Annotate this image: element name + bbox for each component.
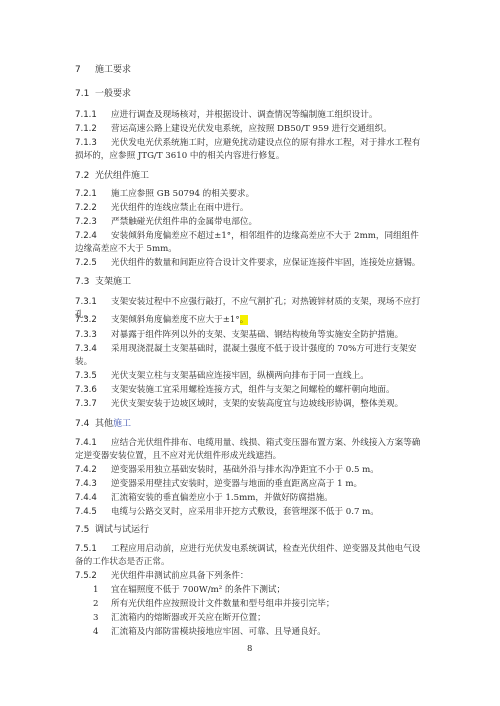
item-text: 汇流箱及内部防雷模块接地应牢固、可靠、且导通良好。: [111, 627, 326, 637]
clause-7-4-1: 7.4.1应结合光伏组件排布、电缆用量、线损、箱式变压器布置方案、外线接入方案等…: [75, 437, 420, 449]
clause-number: 7.4.2: [75, 464, 111, 476]
clause-7-4-2: 7.4.2逆变器采用独立基础安装时，基础外沿与排水沟净距宜不小于 0.5 m。: [75, 464, 379, 476]
document-page: 7施工要求 7.1一般要求 7.1.1应进行调查及现场核对，并根据设计、调查情况…: [0, 0, 500, 706]
clause-number: 7.3.3: [75, 329, 111, 341]
section-heading-7-3: 7.3支架施工: [75, 276, 131, 288]
clause-7-4-5: 7.4.5电缆与公路交叉时，应采用非开挖方式敷设，套管埋深不低于 0.7 m。: [75, 506, 379, 518]
item-number: 4: [93, 626, 111, 638]
section-title: 其他: [95, 419, 113, 429]
clause-number: 7.1.1: [75, 109, 111, 121]
section-heading-7-5: 7.5调试与试运行: [75, 524, 149, 536]
clause-number: 7.2.1: [75, 188, 111, 200]
chapter-title: 施工要求: [95, 65, 131, 75]
list-item-4: 4汇流箱及内部防雷模块接地应牢固、可靠、且导通良好。: [93, 626, 326, 638]
clause-number: 7.4.3: [75, 478, 111, 490]
clause-7-3-1: 7.3.1支架安装过程中不应强行敲打，不应气割扩孔；对热镀锌材质的支架，现场不应…: [75, 296, 420, 308]
clause-7-5-1-cont: 备的工作状态是否正常。: [75, 556, 170, 568]
clause-7-3-6: 7.3.6支架安装施工宜采用螺栓连接方式，组件与支架之间螺栓的螺杆朝向地面。: [75, 384, 395, 396]
clause-7-1-2: 7.1.2营运高速公路上建设光伏发电系统，应按照 DB50/T 959 进行交通…: [75, 123, 392, 135]
clause-text: 逆变器采用壁挂式安装时，逆变器与地面的垂直距离应高于 1 m。: [111, 479, 362, 489]
clause-number: 7.5.2: [75, 570, 111, 582]
clause-number: 7.4.1: [75, 437, 111, 449]
chapter-number: 7: [75, 64, 95, 76]
clause-number: 7.3.4: [75, 343, 111, 355]
section-number: 7.5: [75, 524, 95, 536]
clause-7-3-4-cont: 装。: [75, 356, 92, 368]
page-number: 8: [247, 644, 252, 654]
item-text: 宜在辐照度不低于 700W/m² 的条件下测试；: [111, 585, 285, 595]
clause-number: 7.2.3: [75, 216, 111, 228]
clause-7-5-1: 7.5.1工程应用启动前，应进行光伏发电系统调试，检查光伏组件、逆变器及其他电气…: [75, 543, 420, 555]
item-text: 所有光伏组件应按照设计文件数量和型号组串并接引完毕；: [111, 599, 334, 609]
clause-7-2-5: 7.2.5光伏组件的数量和间距应符合设计文件要求，应保证连接件牢固，连接处应搪锡…: [75, 257, 420, 269]
list-item-3: 3汇流箱内的熔断器或开关应在断开位置；: [93, 612, 266, 624]
section-heading-7-1: 7.1一般要求: [75, 88, 131, 100]
clause-text: 应进行调查及现场核对，并根据设计、调查情况等编制施工组织设计。: [111, 110, 377, 120]
clause-7-4-3: 7.4.3逆变器采用壁挂式安装时，逆变器与地面的垂直距离应高于 1 m。: [75, 478, 362, 490]
clause-text: 光伏支架立柱与支架基础应连接牢固，纵横两向排布于同一直线上。: [111, 371, 369, 381]
section-title: 调试与试运行: [95, 525, 149, 535]
clause-text: 应结合光伏组件排布、电缆用量、线损、箱式变压器布置方案、外线接入方案等确: [111, 438, 420, 448]
section-number: 7.4: [75, 418, 95, 430]
clause-number: 7.2.4: [75, 230, 111, 242]
clause-number: 7.5.1: [75, 543, 111, 555]
clause-text: 光伏组件串测试前应具备下列条件：: [111, 571, 249, 581]
clause-number: 7.3.5: [75, 370, 111, 382]
item-number: 1: [93, 584, 111, 596]
item-number: 2: [93, 598, 111, 610]
section-heading-7-2: 7.2光伏组件施工: [75, 170, 149, 182]
clause-text: 采用现浇混凝土支架基础时，混凝土强度不低于设计强度的 70%方可进行支架安: [111, 344, 416, 354]
section-heading-7-4: 7.4其他施工: [75, 418, 131, 430]
highlighted-period: 。: [240, 315, 249, 325]
clause-text: 光伏发电光伏系统施工时，应避免扰动建设点位的原有排水工程，对于排水工程有: [111, 138, 420, 148]
section-title: 光伏组件施工: [95, 171, 149, 181]
clause-text: 安装倾斜角度偏差应不超过±1°，相邻组件的边缘高差应不大于 2mm，同组组件: [111, 231, 419, 241]
clause-text: 严禁触碰光伏组件串的金属带电部位。: [111, 217, 257, 227]
clause-number: 7.2.2: [75, 202, 111, 214]
section-title-link[interactable]: 施工: [113, 419, 131, 429]
clause-text: 支架安装施工宜采用螺栓连接方式，组件与支架之间螺栓的螺杆朝向地面。: [111, 385, 395, 395]
clause-7-5-2: 7.5.2光伏组件串测试前应具备下列条件：: [75, 570, 249, 582]
clause-7-2-3: 7.2.3严禁触碰光伏组件串的金属带电部位。: [75, 216, 257, 228]
section-number: 7.3: [75, 276, 95, 288]
clause-7-2-2: 7.2.2光伏组件的连线应禁止在雨中进行。: [75, 202, 249, 214]
clause-text: 定逆变器安装位置，且不应对光伏组件形成光线遮挡。: [75, 451, 281, 461]
clause-7-3-4: 7.3.4采用现浇混凝土支架基础时，混凝土强度不低于设计强度的 70%方可进行支…: [75, 343, 416, 355]
clause-text: 对暴露于组件阵列以外的支架、支架基础、钢结构棱角等实施安全防护措施。: [111, 330, 403, 340]
clause-7-3-2: 7.3.2支架倾斜角度偏差度不应大于±1°。: [75, 314, 248, 326]
clause-text: 备的工作状态是否正常。: [75, 557, 170, 567]
section-title: 支架施工: [95, 277, 131, 287]
clause-7-1-3-cont: 损坏的，应参照 JTG/T 3610 中的相关内容进行修复。: [75, 150, 284, 162]
clause-text: 边缘高差应不大于 5mm。: [75, 244, 177, 254]
clause-7-3-7: 7.3.7光伏支架安装于边坡区域时，支架的安装高度宜与边坡线形协调，整体美观。: [75, 398, 403, 410]
clause-number: 7.4.5: [75, 506, 111, 518]
chapter-heading: 7施工要求: [75, 64, 131, 76]
list-item-2: 2所有光伏组件应按照设计文件数量和型号组串并接引完毕；: [93, 598, 334, 610]
clause-number: 7.4.4: [75, 492, 111, 504]
clause-text: 营运高速公路上建设光伏发电系统，应按照 DB50/T 959 进行交通组织。: [111, 124, 392, 134]
clause-number: 7.3.6: [75, 384, 111, 396]
clause-number: 7.2.5: [75, 257, 111, 269]
clause-text: 装。: [75, 357, 92, 367]
clause-number: 7.3.1: [75, 296, 111, 308]
clause-text: 光伏组件的数量和间距应符合设计文件要求，应保证连接件牢固，连接处应搪锡。: [111, 258, 420, 268]
clause-7-1-3: 7.1.3光伏发电光伏系统施工时，应避免扰动建设点位的原有排水工程，对于排水工程…: [75, 137, 420, 149]
clause-text: 损坏的，应参照 JTG/T 3610 中的相关内容进行修复。: [75, 151, 284, 161]
clause-7-3-3: 7.3.3对暴露于组件阵列以外的支架、支架基础、钢结构棱角等实施安全防护措施。: [75, 329, 403, 341]
clause-text: 电缆与公路交叉时，应采用非开挖方式敷设，套管埋深不低于 0.7 m。: [111, 507, 379, 517]
clause-text: 支架倾斜角度偏差度不应大于±1°: [111, 315, 240, 325]
clause-text: 支架安装过程中不应强行敲打，不应气割扩孔；对热镀锌材质的支架，现场不应打: [111, 297, 420, 307]
clause-7-4-1-cont: 定逆变器安装位置，且不应对光伏组件形成光线遮挡。: [75, 450, 281, 462]
clause-7-4-4: 7.4.4汇流箱安装的垂直偏差应小于 1.5mm，并做好防腐措施。: [75, 492, 333, 504]
clause-number: 7.1.3: [75, 137, 111, 149]
clause-number: 7.1.2: [75, 123, 111, 135]
section-number: 7.2: [75, 170, 95, 182]
clause-text: 光伏组件的连线应禁止在雨中进行。: [111, 203, 249, 213]
item-number: 3: [93, 612, 111, 624]
item-text: 汇流箱内的熔断器或开关应在断开位置；: [111, 613, 266, 623]
clause-7-2-4: 7.2.4安装倾斜角度偏差应不超过±1°，相邻组件的边缘高差应不大于 2mm，同…: [75, 230, 419, 242]
clause-text: 施工应参照 GB 50794 的相关要求。: [111, 189, 254, 199]
clause-7-3-5: 7.3.5光伏支架立柱与支架基础应连接牢固，纵横两向排布于同一直线上。: [75, 370, 369, 382]
clause-number: 7.3.7: [75, 398, 111, 410]
list-item-1: 1宜在辐照度不低于 700W/m² 的条件下测试；: [93, 584, 285, 596]
clause-text: 汇流箱安装的垂直偏差应小于 1.5mm，并做好防腐措施。: [111, 493, 333, 503]
clause-text: 逆变器采用独立基础安装时，基础外沿与排水沟净距宜不小于 0.5 m。: [111, 465, 379, 475]
clause-text: 光伏支架安装于边坡区域时，支架的安装高度宜与边坡线形协调，整体美观。: [111, 399, 403, 409]
clause-number: 7.3.2: [75, 314, 111, 326]
clause-7-1-1: 7.1.1应进行调查及现场核对，并根据设计、调查情况等编制施工组织设计。: [75, 109, 377, 121]
section-number: 7.1: [75, 88, 95, 100]
clause-7-2-4-cont: 边缘高差应不大于 5mm。: [75, 243, 177, 255]
clause-7-2-1: 7.2.1施工应参照 GB 50794 的相关要求。: [75, 188, 254, 200]
section-title: 一般要求: [95, 89, 131, 99]
clause-text: 工程应用启动前，应进行光伏发电系统调试，检查光伏组件、逆变器及其他电气设: [111, 544, 420, 554]
